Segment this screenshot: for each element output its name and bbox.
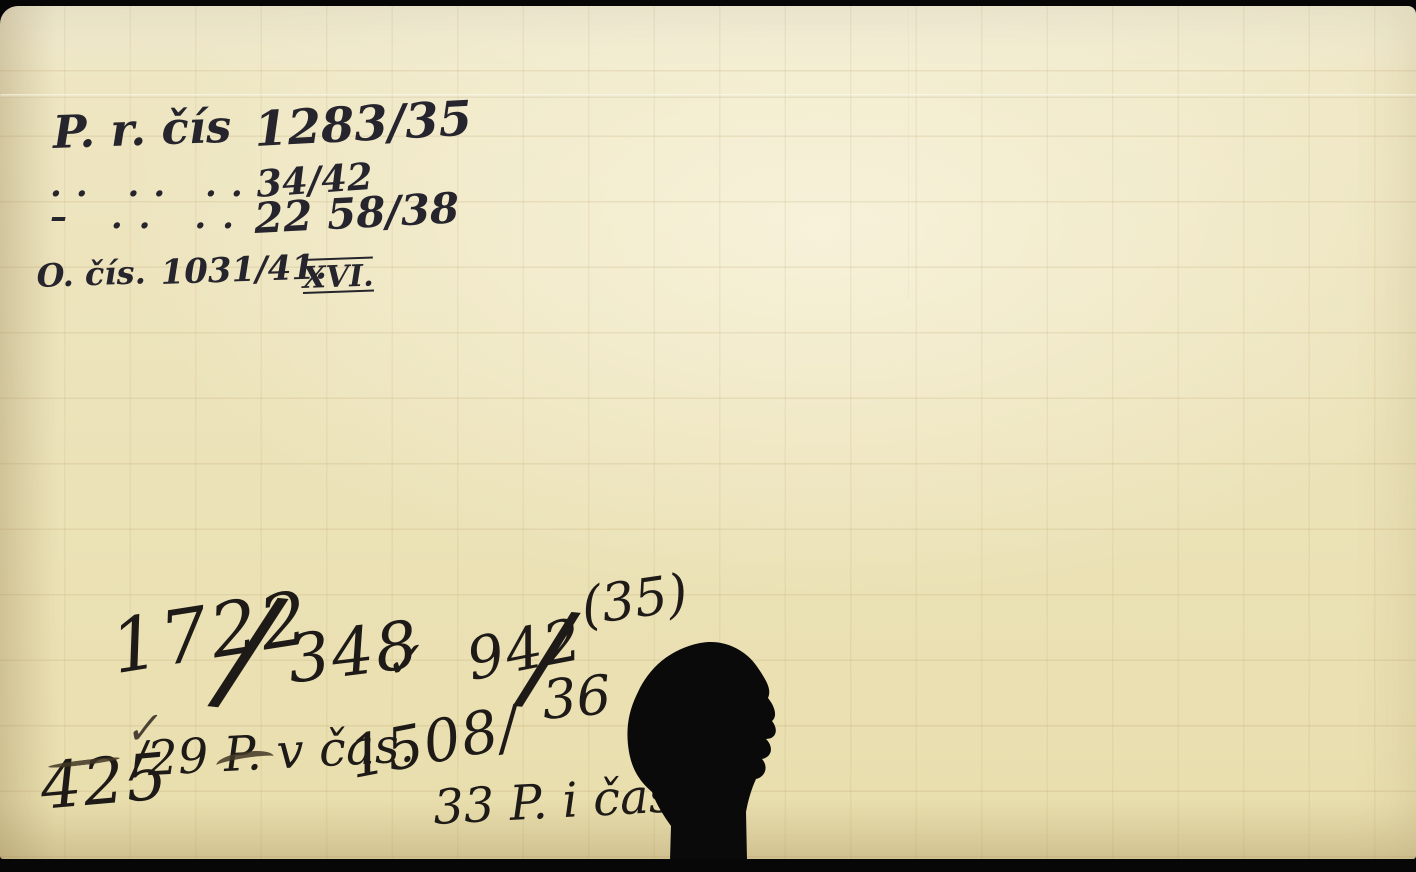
registry-line4-roman-numeral: XVI. — [302, 262, 374, 294]
registry-line3-value: 22 58/38 — [253, 187, 460, 240]
registry-line1-value: 1283/35 — [253, 95, 473, 154]
paper-crease-horizontal — [0, 94, 1416, 98]
scan-edge-band — [0, 859, 1416, 872]
tally-year-35-parenthesized: (35) — [578, 567, 691, 633]
checkmark-after-348: ✓ — [380, 635, 425, 686]
registry-line4-label: O. čís. — [36, 256, 146, 292]
paper-crease-vertical — [908, 6, 910, 299]
registry-line3-ditto-marks: – .. .. — [50, 200, 250, 234]
head-silhouette — [608, 634, 808, 860]
tally-year-36: 36 — [540, 668, 613, 728]
registry-line1-label: P. r. čís — [52, 104, 232, 155]
